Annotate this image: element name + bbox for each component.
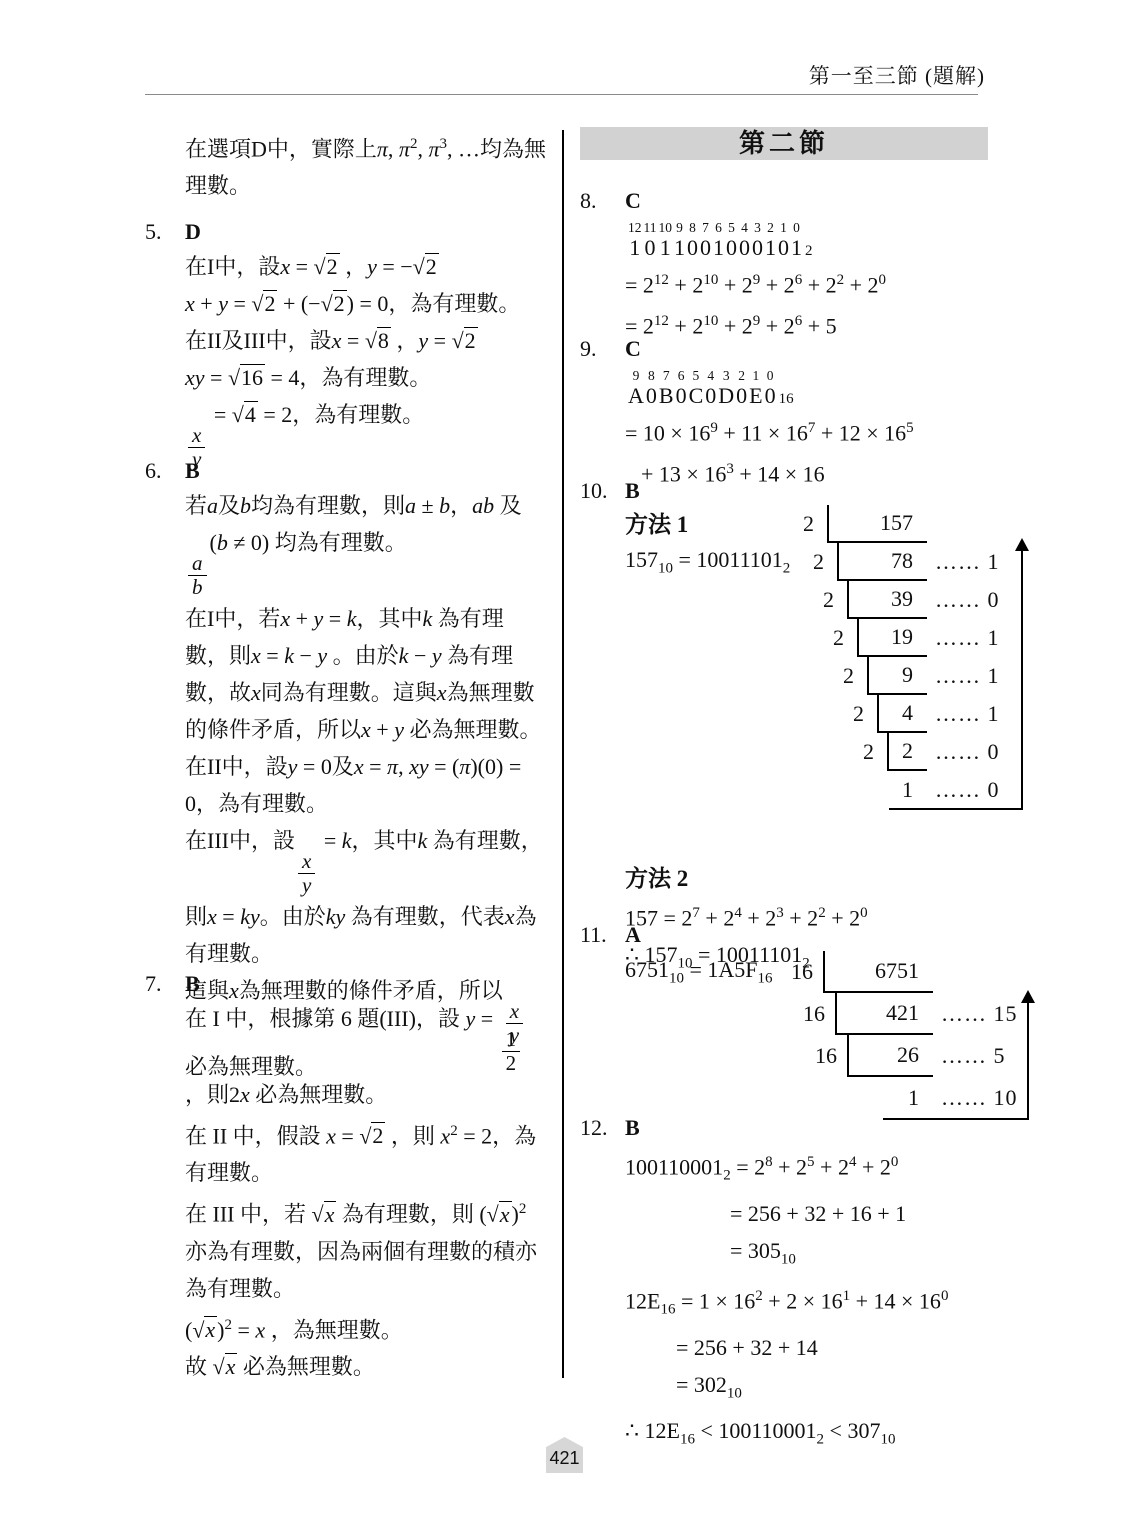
division-row: 1626…… 5 (815, 1035, 1041, 1077)
header-rule (145, 94, 978, 95)
math-line: 12E16 = 1 × 162 + 2 × 161 + 14 × 160 (625, 1278, 988, 1329)
answer-letter: B (185, 455, 547, 487)
math-line: = 10 × 169 + 11 × 167 + 12 × 165 (625, 410, 988, 451)
page-number-badge: 421 (546, 1437, 583, 1473)
answer-letter: B (625, 1112, 988, 1144)
digit-column: 50 (725, 220, 738, 260)
digit-column: 60 (675, 368, 688, 408)
section-title: 第二節 (739, 129, 829, 158)
column-divider (562, 130, 564, 1378)
division-row: 278…… 1 (813, 543, 1048, 581)
quotient-cell: 39 (847, 581, 927, 619)
digit-column: 121 (627, 220, 643, 260)
math-line: = 30510 (730, 1232, 988, 1278)
math-line: 在 I 中，根據第 6 題(III)，設 y = 12 ，則2x 必為無理數。 (185, 1000, 547, 1113)
math-line: = 30210 (676, 1366, 988, 1412)
division-row: 166751 (791, 951, 1041, 993)
binary-expansion: 121110101918070615040302110012 (627, 220, 988, 260)
digit-column: 3D (717, 368, 735, 408)
problem-body: C 9A807B605C403D201E0016 = 10 × 169 + 11… (625, 333, 988, 493)
digit-column: 40 (738, 220, 751, 260)
math-line: x + y = √2 + (−√2) = 0，為有理數。 (185, 285, 547, 322)
remainder-cell: …… 5 (941, 1043, 1006, 1069)
problem-number: 9. (580, 333, 625, 493)
divisor-cell: 2 (843, 663, 867, 689)
divisor-cell: 16 (815, 1043, 847, 1069)
remainder-cell: …… 0 (935, 739, 1000, 765)
problem-8: 8. C 121110101918070615040302110012 = 21… (580, 185, 988, 345)
problem-number: 8. (580, 185, 625, 345)
remainder-cell: …… 10 (941, 1085, 1018, 1111)
problem-body: B 在 I 中，根據第 6 題(III)，設 y = 12 ，則2x 必為無理數… (185, 968, 547, 1385)
problem-7: 7. B 在 I 中，根據第 6 題(III)，設 y = 12 ，則2x 必為… (145, 968, 547, 1385)
digit-column: 5C (688, 368, 705, 408)
quotient-cell: 9 (867, 657, 927, 695)
carry-arrow-head (1021, 990, 1035, 1003)
math-line: xy = √16 = 4，為有理數。 (185, 359, 547, 396)
digit-column: 00 (764, 368, 777, 408)
digit-column: 101 (658, 220, 674, 260)
problem-12: 12. B 1001100012 = 28 + 25 + 24 + 20 = 2… (580, 1112, 988, 1459)
digit-column: 01 (790, 220, 803, 260)
answer-letter: B (625, 475, 988, 507)
digit-column: 61 (712, 220, 725, 260)
math-line: 在II中，設y = 0及x = π, xy = (π)(0) = 0，為有理數。 (185, 748, 547, 822)
quotient-cell: 6751 (823, 951, 933, 993)
division-row: 16421…… 15 (803, 993, 1041, 1035)
division-row: 24…… 1 (853, 695, 1048, 733)
division-row: 29…… 1 (843, 657, 1048, 695)
math-line: 在 II 中，假設 x = √2 ，則 x2 = 2，為有理數。 (185, 1113, 547, 1191)
math-line: ∴ 12E16 < 1001100012 < 30710 (625, 1412, 988, 1458)
digit-column: 9A (627, 368, 645, 408)
math-line: 1001100012 = 28 + 25 + 24 + 20 (625, 1144, 988, 1195)
quotient-cell: 78 (837, 543, 927, 581)
digit-column: 91 (673, 220, 686, 260)
math-line: 在 III 中，若 √x 為有理數，則 (√x)2 亦為有理數，因為兩個有理數的… (185, 1191, 547, 1306)
answer-letter: C (625, 185, 988, 217)
math-line: = 212 + 210 + 29 + 26 + 22 + 20 (625, 262, 988, 303)
digit-column: 7B (658, 368, 675, 408)
digit-column: 40 (704, 368, 717, 408)
problem-number: 7. (145, 968, 185, 1385)
math-line: 在III中，設xy = k，其中k 為有理數，則x = ky。由於ky 為有理數… (185, 822, 547, 972)
problem-number: 12. (580, 1112, 625, 1459)
repeated-division-table-6751: 166751 16421…… 15 1626…… 5 1…… 10 (791, 951, 1041, 1131)
math-line: 在I中，設x = √2 ，y = −√2 (185, 248, 547, 285)
digit-column: 110 (643, 220, 658, 260)
quotient-cell: 4 (877, 695, 927, 733)
remainder-cell: …… 1 (935, 701, 1000, 727)
divisor-cell: 16 (803, 1001, 835, 1027)
division-row: 219…… 1 (833, 619, 1048, 657)
divisor-cell: 2 (813, 549, 837, 575)
quotient-cell: 19 (857, 619, 927, 657)
math-line: ab(b ≠ 0) 均為有理數。 (185, 524, 547, 600)
math-line: = 256 + 32 + 16 + 1 (730, 1195, 988, 1232)
remainder-cell: …… 1 (935, 663, 1000, 689)
division-row: 2157 (803, 505, 1048, 543)
problem-body: B 方法 1 15710 = 100111012 2157 278…… 1 23… (625, 475, 988, 983)
digit-column: 21 (764, 220, 777, 260)
problem-9: 9. C 9A807B605C403D201E0016 = 10 × 169 +… (580, 333, 988, 493)
quotient-cell: 26 (847, 1035, 933, 1077)
base-subscript: 16 (779, 392, 794, 407)
answer-letter: C (625, 333, 988, 365)
problem-body: D 在I中，設x = √2 ，y = −√2 x + y = √2 + (−√2… (185, 216, 547, 472)
divisor-cell: 2 (823, 587, 847, 613)
problem-number: 5. (145, 216, 185, 472)
page-number: 421 (549, 1448, 579, 1469)
quotient-cell: 2 (887, 733, 927, 771)
digit-column: 10 (777, 220, 790, 260)
answer-letter: A (625, 919, 988, 951)
remainder-cell: …… 0 (935, 777, 1000, 803)
carry-arrow-line (1027, 1003, 1029, 1120)
divisor-cell: 16 (791, 959, 823, 985)
math-line: 故 √x 必為無理數。 (185, 1348, 547, 1385)
quotient-cell: 421 (835, 993, 933, 1035)
remainder-cell: …… 1 (935, 625, 1000, 651)
digit-column: 20 (735, 368, 748, 408)
divisor-cell: 2 (853, 701, 877, 727)
remainder-cell: …… 15 (941, 1001, 1018, 1027)
carry-arrow-base (889, 808, 1023, 810)
math-line: 在II及III中，設x = √8 ，y = √2 (185, 322, 547, 359)
math-line: = 256 + 32 + 14 (676, 1329, 988, 1366)
math-line: (√x)2 = x ，為無理數。 (185, 1307, 547, 1348)
math-line: 在I中，若x + y = k，其中k 為有理數，則x = k − y 。由於k … (185, 600, 547, 748)
problem-10: 10. B 方法 1 15710 = 100111012 2157 278…… … (580, 475, 988, 983)
problem-5: 5. D 在I中，設x = √2 ，y = −√2 x + y = √2 + (… (145, 216, 547, 472)
carry-arrow-line (1021, 551, 1023, 810)
digit-column: 30 (751, 220, 764, 260)
continuation-paragraph: 在選項D中，實際上π, π2, π3, …均為無理數。 (145, 126, 547, 204)
remainder-cell: …… 1 (935, 549, 1000, 575)
section-header-bar: 第二節 (580, 127, 988, 160)
base-subscript: 2 (805, 244, 813, 259)
hex-expansion: 9A807B605C403D201E0016 (627, 368, 988, 408)
repeated-division-table-157: 2157 278…… 1 239…… 0 219…… 1 29…… 1 24……… (803, 505, 1048, 825)
page: 第一至三節 (題解) 在選項D中，實際上π, π2, π3, …均為無理數。 5… (0, 0, 1125, 1538)
problem-body: C 121110101918070615040302110012 = 212 +… (625, 185, 988, 345)
divisor-cell: 2 (803, 511, 827, 537)
carry-arrow-head (1015, 538, 1029, 551)
method-1-region: 方法 1 15710 = 100111012 2157 278…… 1 239…… (625, 509, 988, 849)
method-2-label: 方法 2 (625, 863, 988, 895)
digit-column: 80 (645, 368, 658, 408)
math-line: 若a及b均為有理數，則a ± b，ab 及 (185, 487, 547, 524)
division-row: 239…… 0 (823, 581, 1048, 619)
digit-column: 70 (699, 220, 712, 260)
remainder-cell: …… 0 (935, 587, 1000, 613)
quotient-cell: 157 (827, 505, 927, 543)
running-header: 第一至三節 (題解) (809, 60, 985, 90)
problem-body: B 1001100012 = 28 + 25 + 24 + 20 = 256 +… (625, 1112, 988, 1459)
divisor-cell: 2 (833, 625, 857, 651)
digit-column: 1E (748, 368, 763, 408)
digit-column: 80 (686, 220, 699, 260)
problem-number: 10. (580, 475, 625, 983)
answer-letter: D (185, 216, 547, 248)
quotient-cell: 1 (897, 771, 927, 809)
divisor-cell: 2 (863, 739, 887, 765)
answer-letter: B (185, 968, 547, 1000)
